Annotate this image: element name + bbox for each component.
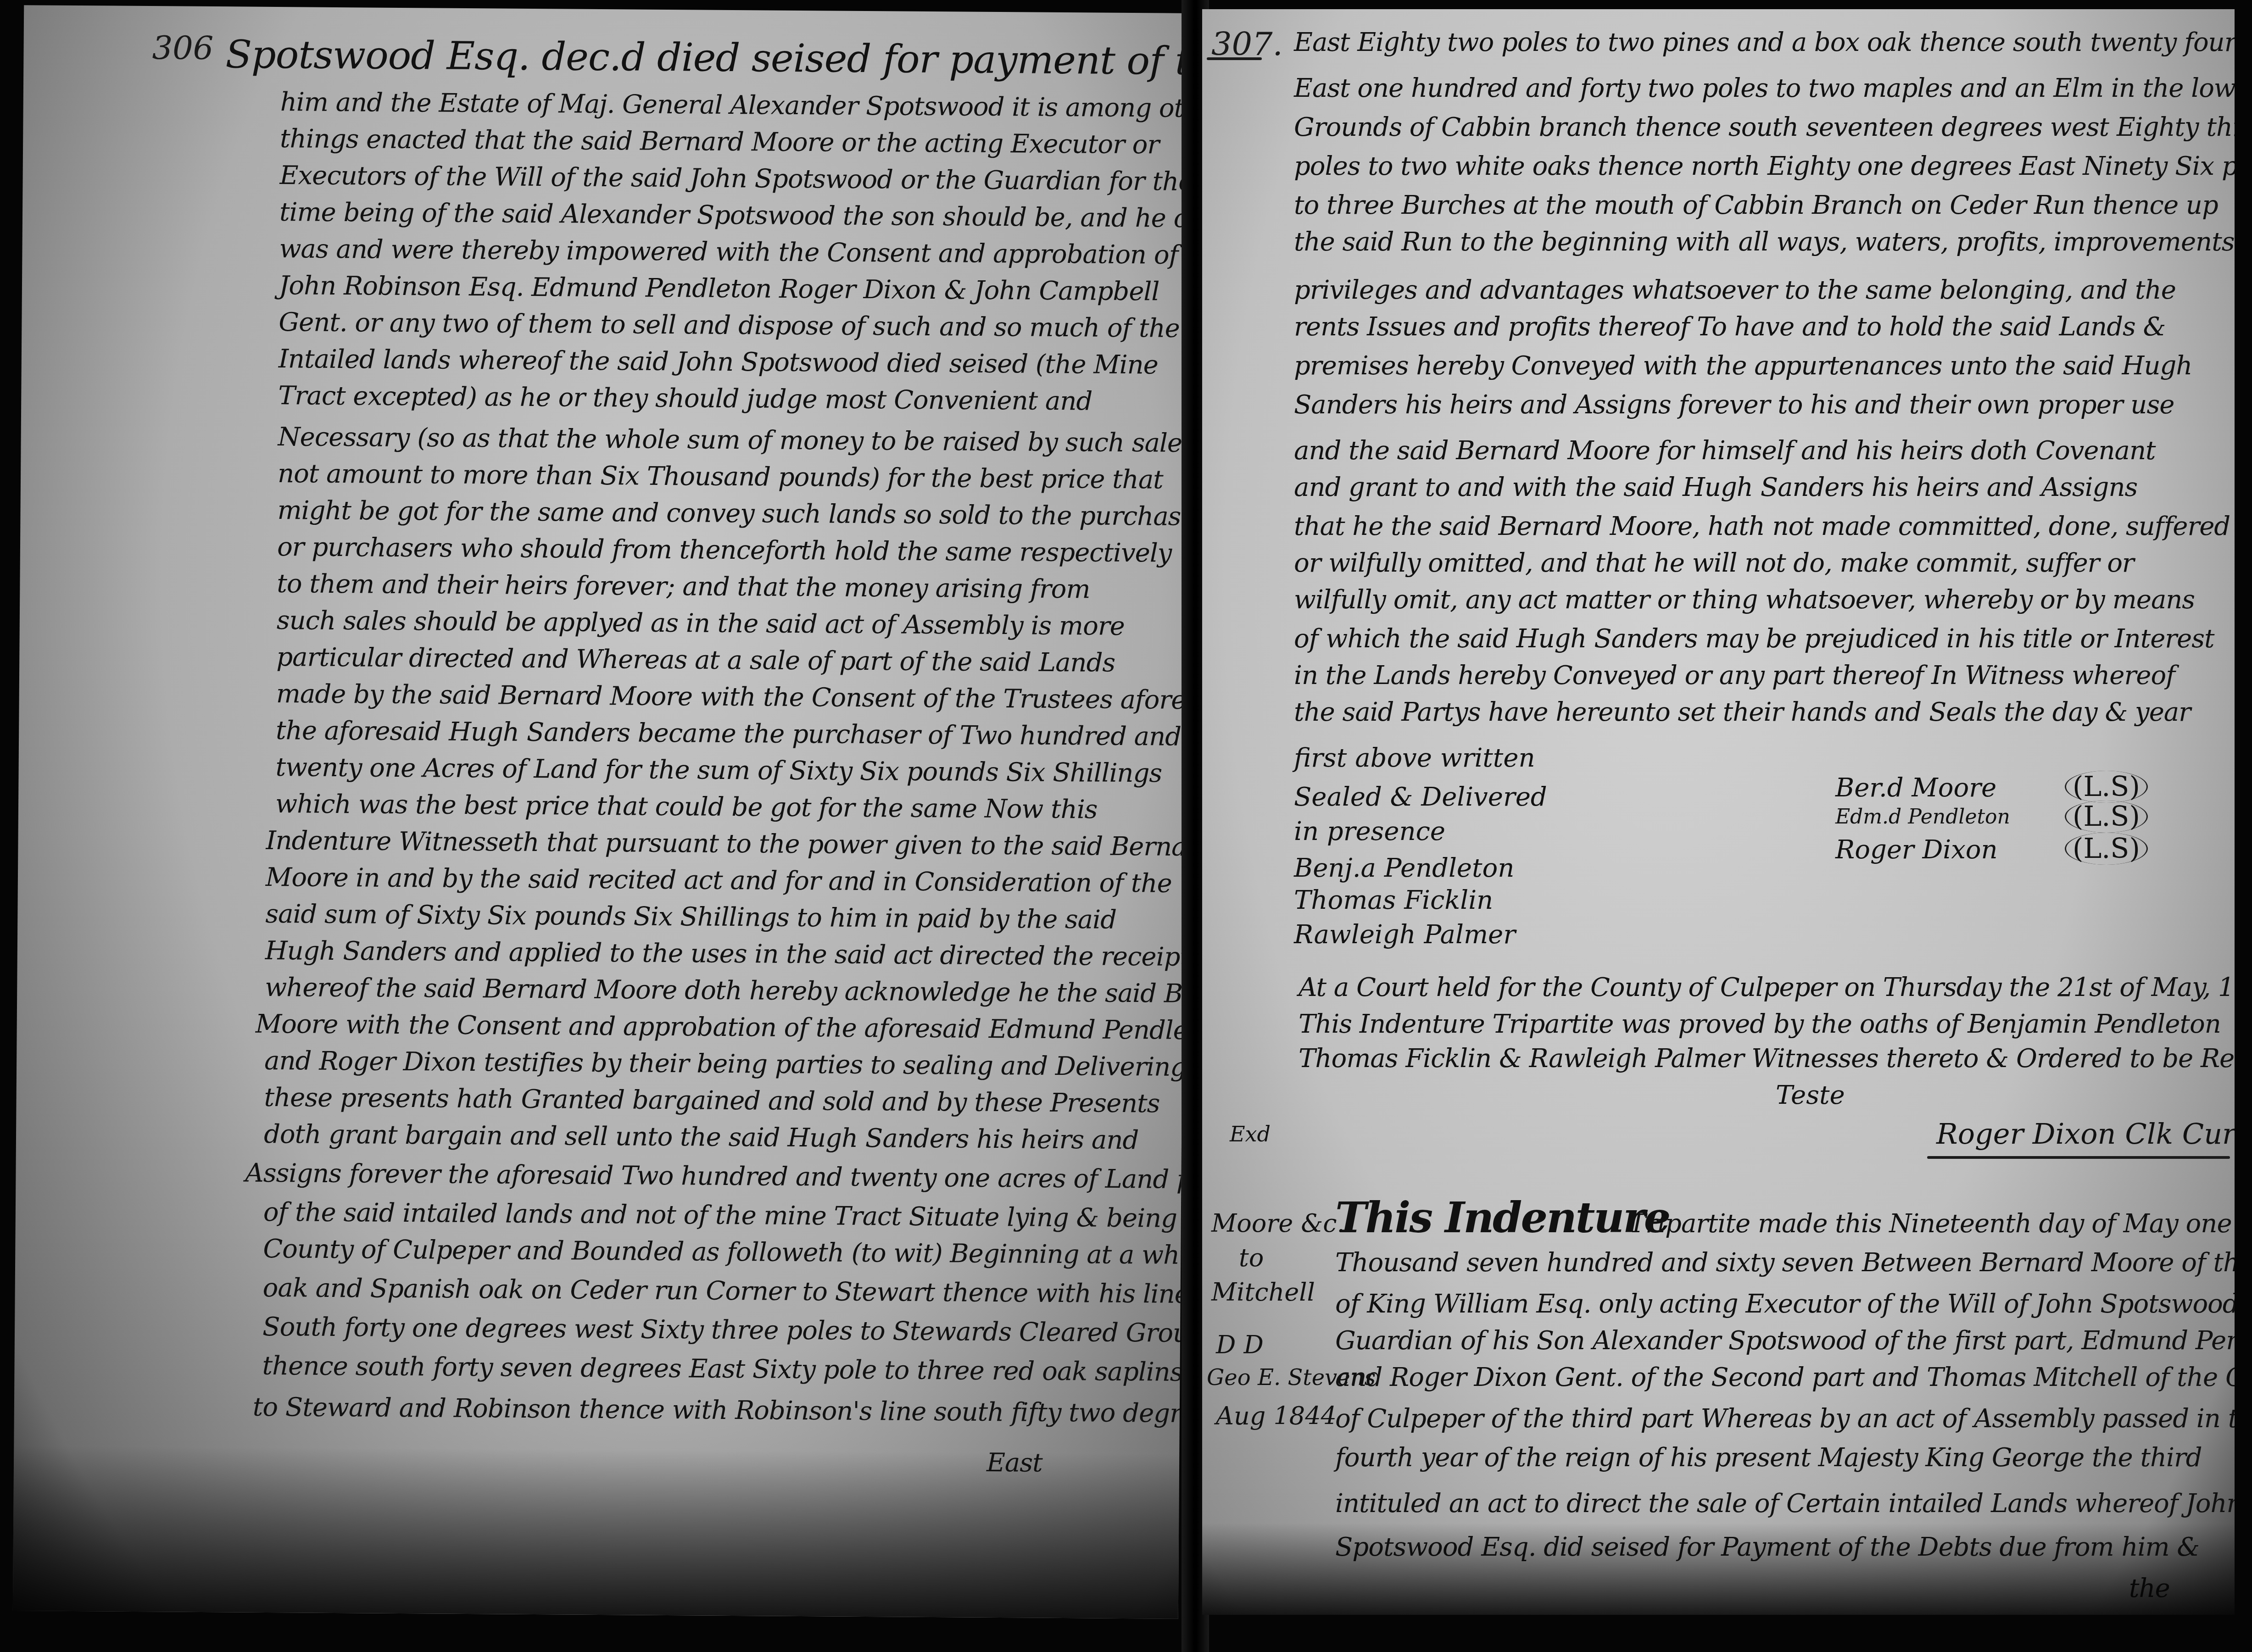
text-line: rents Issues and profits thereof To have… bbox=[1294, 312, 2165, 342]
text-line: East Eighty two poles to two pines and a… bbox=[1294, 28, 2235, 57]
text-line: the aforesaid Hugh Sanders became the pu… bbox=[276, 716, 1181, 752]
text-line: might be got for the same and convey suc… bbox=[277, 495, 1189, 532]
text-line: or purchasers who should from thencefort… bbox=[277, 532, 1172, 568]
margin-note-examined: Exd bbox=[1230, 1122, 1271, 1146]
left-page-text: Spotswood Esq. dec.d died seised for pay… bbox=[24, 5, 1189, 13]
page-shadow bbox=[1202, 1523, 2235, 1615]
text-line: the said Partys have hereunto set their … bbox=[1294, 697, 2191, 727]
court-record-line: Thomas Ficklin & Rawleigh Palmer Witness… bbox=[1299, 1044, 2235, 1074]
witness-name: Rawleigh Palmer bbox=[1294, 920, 1516, 950]
page-shadow bbox=[13, 1446, 1179, 1619]
text-line: and grant to and with the said Hugh Sand… bbox=[1294, 473, 2137, 502]
margin-note-delivery: D D bbox=[1216, 1330, 1264, 1359]
text-line: in the Lands hereby Conveyed or any part… bbox=[1294, 661, 2175, 690]
text-line: Sanders his heirs and Assigns forever to… bbox=[1294, 390, 2174, 420]
text-line: things enacted that the said Bernard Moo… bbox=[280, 124, 1159, 160]
text-line: doth grant bargain and sell unto the sai… bbox=[264, 1119, 1139, 1155]
text-line: was and were thereby impowered with the … bbox=[279, 234, 1178, 270]
text-line: Necessary (so as that the whole sum of m… bbox=[278, 422, 1189, 458]
text-line: made by the said Bernard Moore with the … bbox=[276, 679, 1190, 716]
text-line: the said Run to the beginning with all w… bbox=[1294, 227, 2234, 257]
text-line: said sum of Sixty Six pounds Six Shillin… bbox=[265, 899, 1116, 935]
deed-line: Tripartite made this Nineteenth day of M… bbox=[1629, 1209, 2232, 1239]
text-line: and Roger Dixon testifies by their being… bbox=[264, 1046, 1186, 1082]
margin-note-deed-title: Mitchell bbox=[1211, 1278, 1315, 1307]
signature-name: Edm.d Pendleton bbox=[1835, 805, 2010, 829]
clerk-signature: Roger Dixon Clk Curt. bbox=[1936, 1117, 2235, 1151]
text-line: Assigns forever the aforesaid Two hundre… bbox=[245, 1158, 1189, 1195]
seal-mark: (L.S) bbox=[2065, 833, 2148, 865]
attestation-first-line: first above written bbox=[1294, 743, 1535, 773]
text-line: privileges and advantages whatsoever to … bbox=[1294, 275, 2176, 305]
text-line: oak and Spanish oak on Ceder run Corner … bbox=[263, 1273, 1190, 1309]
text-line: Intailed lands whereof the said John Spo… bbox=[279, 344, 1158, 380]
deed-line: of Culpeper of the third part Whereas by… bbox=[1335, 1404, 2235, 1434]
text-line: to three Burches at the mouth of Cabbin … bbox=[1294, 190, 2218, 220]
margin-note-deed-title: Moore &c. bbox=[1211, 1209, 1345, 1238]
seal-mark: (L.S) bbox=[2065, 771, 2148, 803]
ink-stroke bbox=[1207, 57, 1262, 60]
text-line: which was the best price that could be g… bbox=[275, 789, 1098, 825]
seal-mark: (L.S) bbox=[2065, 801, 2148, 833]
text-line: that he the said Bernard Moore, hath not… bbox=[1294, 512, 2230, 541]
left-page: 306 Spotswood Esq. dec.d died seised for… bbox=[13, 5, 1189, 1619]
text-line: and the said Bernard Moore for himself a… bbox=[1294, 436, 2155, 466]
text-line: Executors of the Will of the said John S… bbox=[279, 161, 1189, 197]
page-number-left: 306 bbox=[152, 29, 213, 67]
text-line: East one hundred and forty two poles to … bbox=[1294, 73, 2235, 103]
text-line: Spotswood Esq. dec.d died seised for pay… bbox=[225, 32, 1189, 86]
text-line: premises hereby Conveyed with the appurt… bbox=[1294, 351, 2192, 381]
text-line: Moore in and by the said recited act and… bbox=[266, 862, 1172, 899]
text-line: County of Culpeper and Bounded as follow… bbox=[263, 1234, 1189, 1270]
margin-note-delivery: Aug 1844 bbox=[1216, 1402, 1337, 1430]
text-line: wilfully omit, any act matter or thing w… bbox=[1294, 585, 2195, 615]
right-page: 307. East Eighty two poles to two pines … bbox=[1202, 9, 2235, 1615]
text-line: whereof the said Bernard Moore doth here… bbox=[265, 973, 1189, 1009]
text-line: such sales should be applyed as in the s… bbox=[277, 606, 1125, 641]
text-line: thence south forty seven degrees East Si… bbox=[262, 1351, 1189, 1388]
text-line: him and the Estate of Maj. General Alexa… bbox=[280, 87, 1190, 123]
witness-name: Benj.a Pendleton bbox=[1294, 853, 1514, 883]
deed-line: of King William Esq. only acting Executo… bbox=[1335, 1289, 2235, 1319]
text-line: to them and their heirs forever; and tha… bbox=[277, 569, 1090, 604]
text-line: Hugh Sanders and applied to the uses in … bbox=[265, 936, 1190, 972]
text-line: particular directed and Whereas at a sal… bbox=[276, 642, 1115, 678]
witness-name: Thomas Ficklin bbox=[1294, 885, 1493, 915]
text-line: of which the said Hugh Sanders may be pr… bbox=[1294, 624, 2214, 654]
sealed-delivered: Sealed & Delivered bbox=[1294, 782, 1547, 812]
text-line: not amount to more than Six Thousand pou… bbox=[278, 459, 1163, 495]
in-presence: in presence bbox=[1294, 817, 1445, 846]
text-line: these presents hath Granted bargained an… bbox=[264, 1083, 1159, 1119]
margin-note-deed-title: to bbox=[1239, 1243, 1264, 1272]
deed-line: Thousand seven hundred and sixty seven B… bbox=[1335, 1248, 2235, 1278]
book-spread: 306 Spotswood Esq. dec.d died seised for… bbox=[0, 0, 2252, 1652]
text-line: to Steward and Robinson thence with Robi… bbox=[253, 1392, 1189, 1429]
text-line: Moore with the Consent and approbation o… bbox=[256, 1009, 1190, 1046]
text-line: Indenture Witnesseth that pursuant to th… bbox=[266, 826, 1189, 862]
ink-underline bbox=[1927, 1156, 2230, 1159]
signature-name: Roger Dixon bbox=[1835, 835, 1998, 865]
text-line: time being of the said Alexander Spotswo… bbox=[279, 197, 1189, 234]
deed-line: intituled an act to direct the sale of C… bbox=[1335, 1489, 2235, 1519]
text-line: twenty one Acres of Land for the sum of … bbox=[275, 752, 1162, 788]
text-line: Gent. or any two of them to sell and dis… bbox=[279, 307, 1180, 344]
deed-line: and Roger Dixon Gent. of the Second part… bbox=[1335, 1363, 2235, 1392]
signature-name: Ber.d Moore bbox=[1835, 773, 1996, 803]
court-record-line: This Indenture Tripartite was proved by … bbox=[1299, 1009, 2221, 1039]
deed-line: Guardian of his Son Alexander Spotswood … bbox=[1335, 1326, 2235, 1356]
teste-label: Teste bbox=[1776, 1080, 1845, 1110]
text-line: poles to two white oaks thence north Eig… bbox=[1294, 151, 2235, 181]
text-line: Tract excepted) as he or they should jud… bbox=[278, 381, 1092, 416]
deed-line: fourth year of the reign of his present … bbox=[1335, 1443, 2202, 1473]
text-line: of the said intailed lands and not of th… bbox=[263, 1197, 1190, 1234]
text-line: or wilfully omitted, and that he will no… bbox=[1294, 548, 2134, 578]
court-record-line: At a Court held for the County of Culpep… bbox=[1299, 973, 2235, 1002]
text-line: Grounds of Cabbin branch thence south se… bbox=[1294, 112, 2235, 142]
text-line: John Robinson Esq. Edmund Pendleton Roge… bbox=[279, 271, 1159, 306]
text-line: South forty one degrees west Sixty three… bbox=[262, 1312, 1189, 1349]
deed-opening: This Indenture bbox=[1335, 1193, 1669, 1242]
